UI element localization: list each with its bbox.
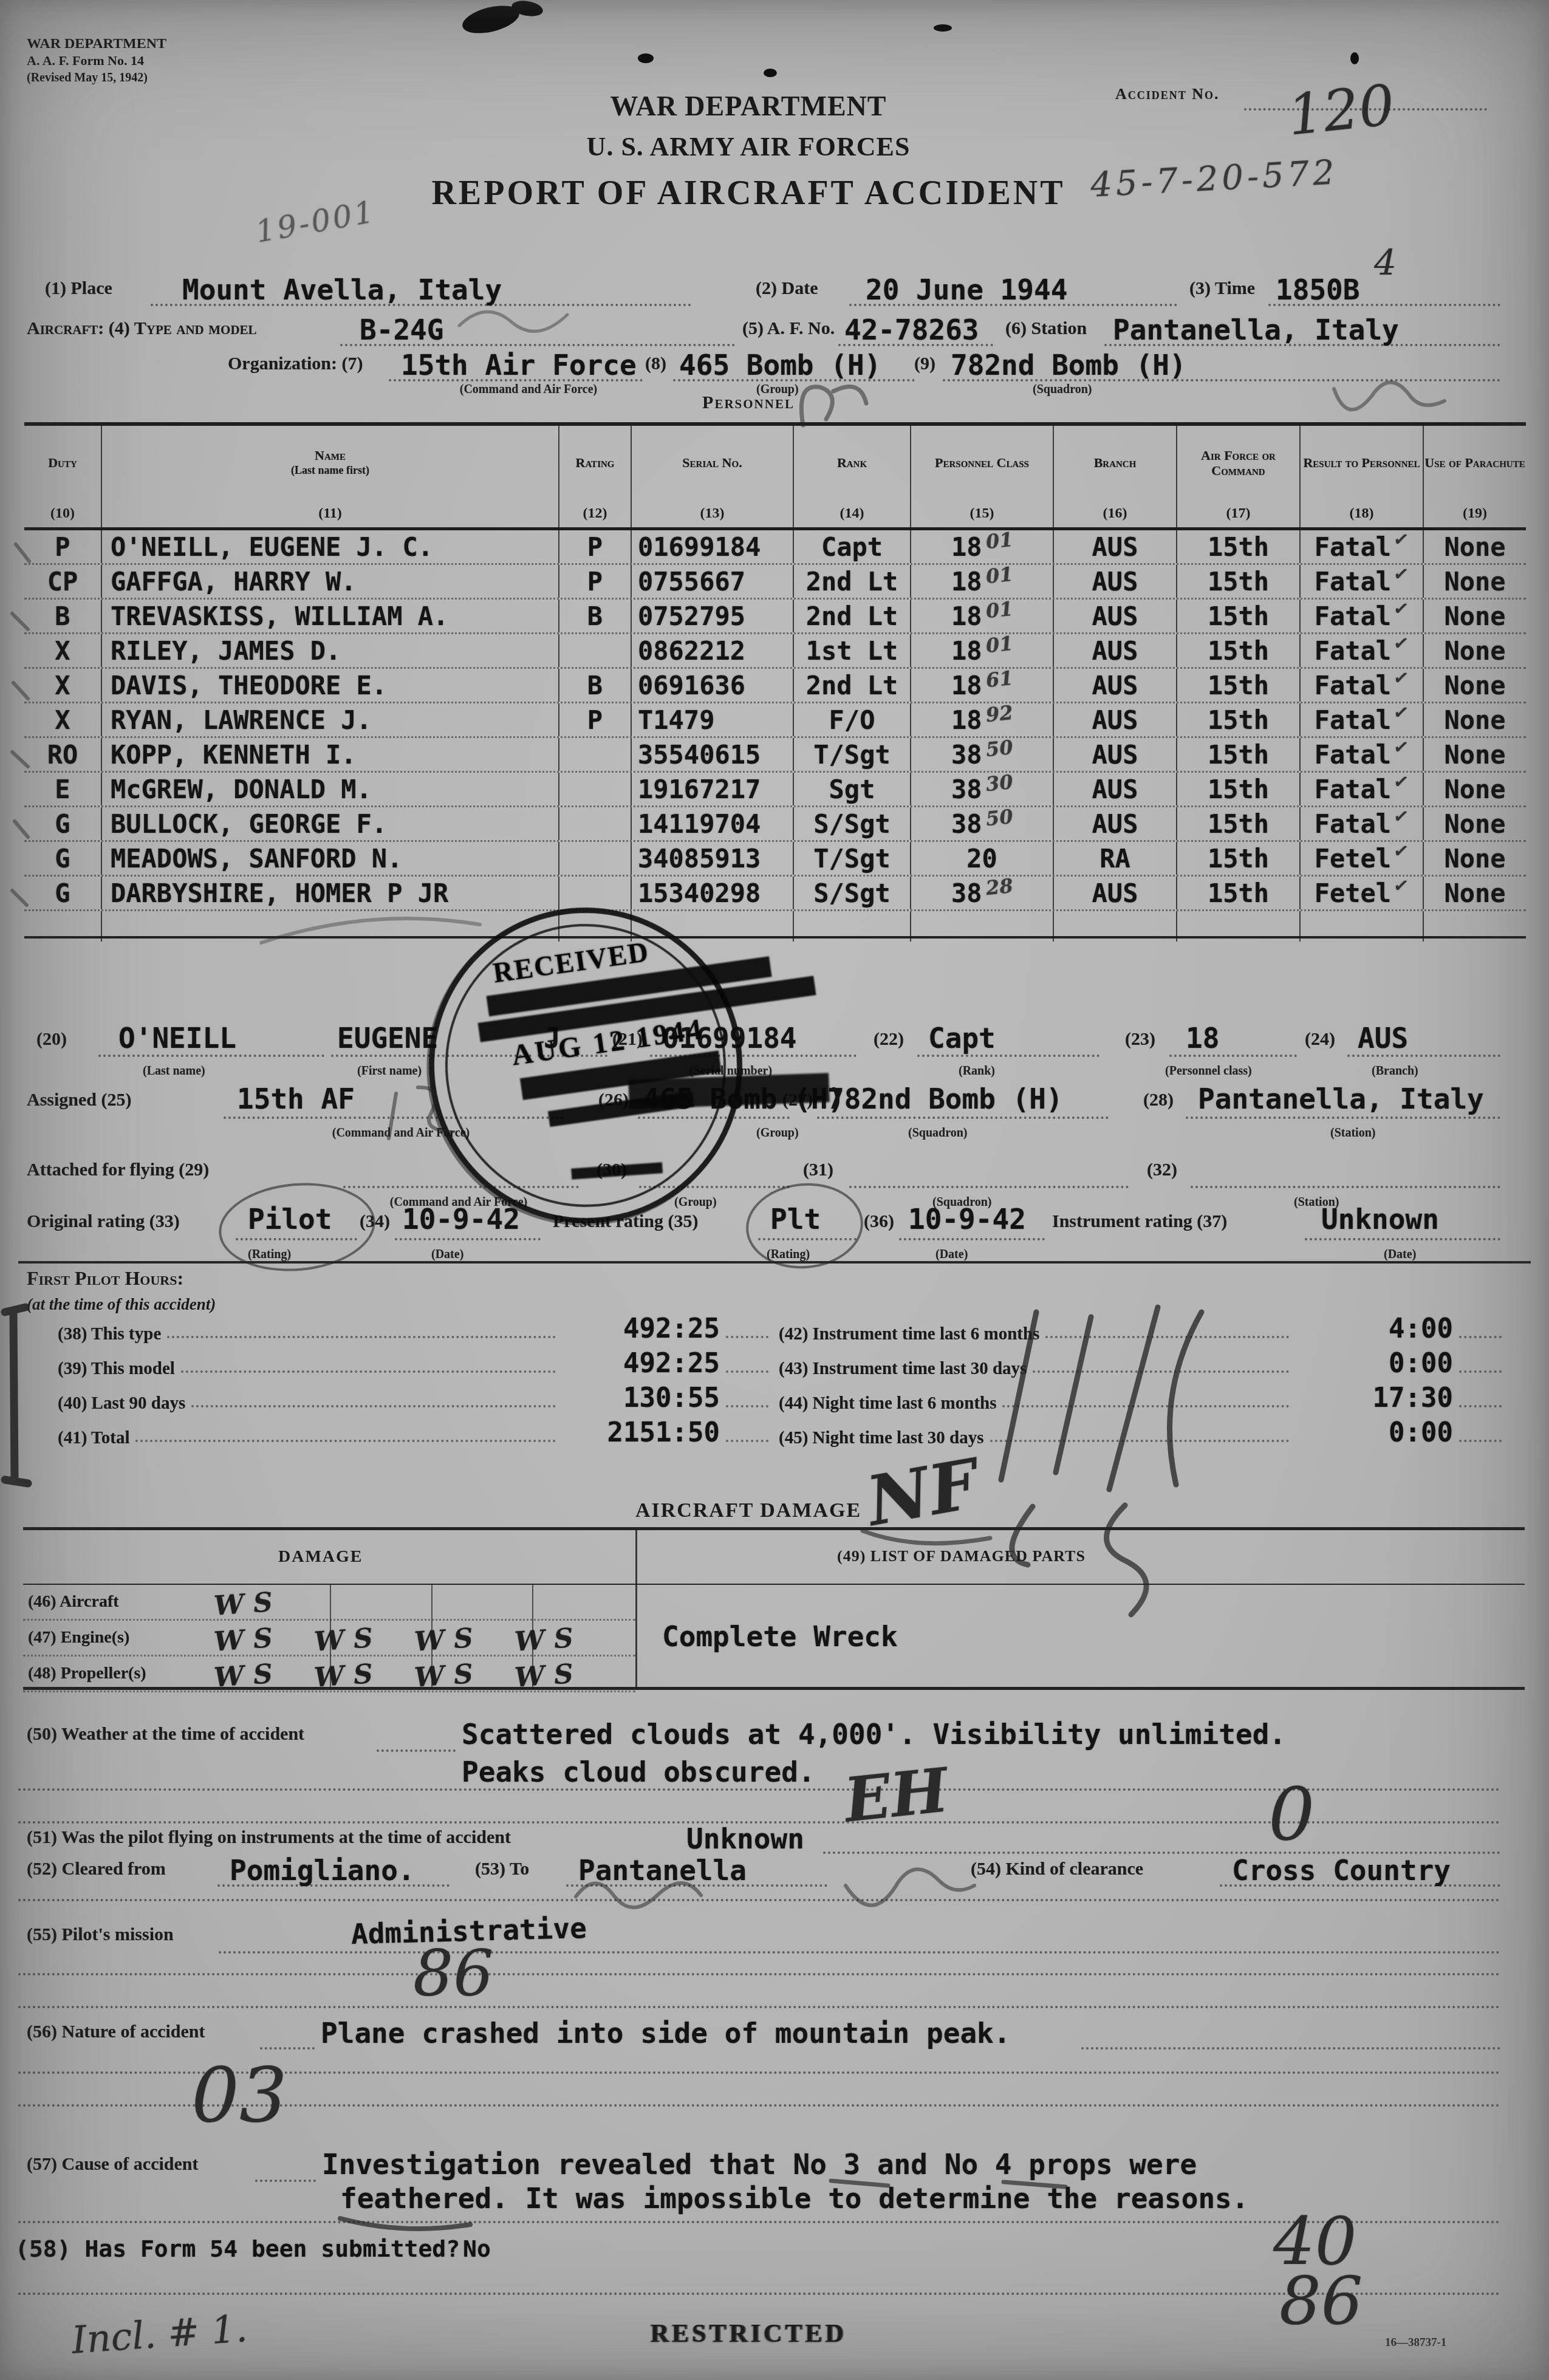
dotted-rule [899,1238,1045,1240]
check-mark-icon: ✓ [1392,770,1411,793]
stamp-received-text: RECEIVED [491,935,651,990]
result-cell: Fatal✓ [1301,807,1424,840]
command-cell: 15th [1177,877,1301,909]
hours-row-right: (43) Instrument time last 30 days0:00 [779,1348,1502,1383]
branch-cell: AUS [1054,807,1177,840]
accident-no-label: Accident No. [1115,85,1220,103]
item31-label: (31) [803,1160,833,1180]
damaged-parts-value: Complete Wreck [662,1620,898,1653]
aircraft-type-label: Aircraft: (4) Type and model [27,318,257,339]
duty-cell: E [24,773,102,805]
rating-cell [559,773,632,805]
dotted-rule [917,1055,1099,1057]
form-dept: WAR DEPARTMENT [27,35,166,52]
dotted-rule [18,2006,1500,2008]
squadron-num-label: (9) [914,354,935,374]
weather-label: (50) Weather at the time of accident [27,1724,304,1745]
damage-row: (48) Propeller(s)W SW SW SW S [23,1657,635,1692]
duty-cell: G [24,842,102,875]
damage-code-handwritten: W S [313,1653,415,1693]
weather-line2: Peaks cloud obscured. [462,1756,815,1788]
hours-value: 492:25 [562,1348,720,1379]
item28-label: (28) [1143,1090,1174,1110]
rank-cell: 2nd Lt [794,669,911,702]
branch-cell: AUS [1054,773,1177,805]
damage-table: DAMAGE (49) LIST OF DAMAGED PARTS (46) A… [23,1527,1525,1690]
hours-value: 4:00 [1295,1313,1453,1344]
personnel-table-body: PO'NEILL, EUGENE J. C.P01699184Capt1801A… [24,530,1526,942]
dotted-rule [255,2180,316,2182]
command-cell: 15th [1177,842,1301,875]
nature-of-accident-label: (56) Nature of accident [27,2022,205,2042]
rating-cell: P [559,565,632,598]
form-revision: (Revised May 15, 1942) [27,69,166,86]
name-cell: GAFFGA, HARRY W. [102,565,559,598]
class-cell: 1801 [911,565,1054,598]
hours-right-column: (42) Instrument time last 6 months4:00(4… [779,1313,1502,1452]
hours-value: 130:55 [562,1383,720,1414]
damage-col-header: DAMAGE [278,1547,363,1567]
station-value: Pantanella, Italy [1113,313,1399,346]
class-cell: 1801 [911,530,1054,563]
hours-row-right: (45) Night time last 30 days0:00 [779,1417,1502,1452]
date-sublabel: (Date) [1384,1248,1416,1262]
command-cell: 15th [1177,738,1301,771]
duty-cell: B [24,600,102,632]
serial-cell: 0691636 [632,669,794,702]
serial-cell: T1479 [632,703,794,736]
form-id-block: WAR DEPARTMENT A. A. F. Form No. 14 (Rev… [27,35,166,86]
personnel-row: XRYAN, LAWRENCE J.PT1479F/O1892AUS15thFa… [24,703,1526,738]
hours-row-left: (39) This model492:25 [58,1348,768,1383]
command-cell: 15th [1177,807,1301,840]
duty-cell: X [24,703,102,736]
personnel-row: XDAVIS, THEODORE E.B06916362nd Lt1861AUS… [24,669,1526,703]
damage-code-handwritten: W S [313,1617,415,1657]
rank-cell: 2nd Lt [794,565,911,598]
class-handwritten: 01 [985,528,1014,553]
damage-row: (46) AircraftW S [23,1585,635,1621]
cause-of-accident-label: (57) Cause of accident [27,2154,198,2175]
damage-code-handwritten: W S [213,1617,315,1657]
dotted-rule [219,1951,1500,1954]
weather-line1: Scattered clouds at 4,000'. Visibility u… [462,1718,1286,1751]
damage-rows: (46) AircraftW S(47) Engine(s)W SW SW SW… [23,1585,635,1692]
check-mark-icon: ✓ [1392,597,1411,620]
accident-no-handwritten: 120 [1285,72,1398,148]
dotted-rule [98,1055,324,1057]
name-cell: BULLOCK, GEORGE F. [102,807,559,840]
original-rating-label: Original rating (33) [27,1211,180,1232]
damage-code-handwritten: W S [213,1581,315,1621]
serial-cell: 0752795 [632,600,794,632]
name-cell: O'NEILL, EUGENE J. C. [102,530,559,563]
branch-sublabel: (Branch) [1372,1064,1418,1078]
first-name-sublabel: (First name) [357,1064,422,1078]
cleared-to-label: (53) To [475,1859,529,1879]
parachute-cell: None [1424,807,1526,840]
name-cell: DARBYSHIRE, HOMER P JR [102,877,559,909]
result-cell: Fatal✓ [1301,738,1424,771]
duty-cell: P [24,530,102,563]
dotted-rule [849,1186,1129,1188]
personnel-col-header: Branch(16) [1054,426,1177,527]
check-mark-icon: ✓ [1392,632,1411,655]
parachute-cell: None [1424,877,1526,909]
cleared-from-value: Pomigliano. [230,1854,415,1887]
personnel-row: PO'NEILL, EUGENE J. C.P01699184Capt1801A… [24,530,1526,565]
damage-code-handwritten: W S [413,1617,515,1657]
time-value: 1850B [1276,273,1359,306]
result-cell: Fatal✓ [1301,600,1424,632]
class-handwritten: 50 [985,736,1014,761]
dotted-rule [1186,1116,1500,1119]
hours-row-left: (38) This type492:25 [58,1313,768,1348]
q51-handwritten-mark: 0 [1268,1773,1315,1857]
group-num-label: (8) [645,354,666,374]
serial-cell: 19167217 [632,773,794,805]
branch-cell: AUS [1054,600,1177,632]
rating-cell: B [559,669,632,702]
serial-cell: 14119704 [632,807,794,840]
command-cell: 15th [1177,530,1301,563]
aircraft-model-value: B-24G [360,313,443,346]
personnel-row: GMEADOWS, SANFORD N.34085913T/Sgt20RA15t… [24,842,1526,877]
kind-of-clearance-label: (54) Kind of clearance [971,1859,1143,1879]
class-cell: 3828 [911,877,1054,909]
personnel-col-header: Duty(10) [24,426,102,527]
organization-group-value: 465 Bomb (H) [679,349,881,381]
pilot-personnel-class: 18 [1186,1022,1219,1055]
check-mark-icon: ✓ [1392,528,1411,551]
class-handwritten: 50 [985,805,1014,830]
hours-value: 0:00 [1295,1348,1453,1379]
stamp-overprint-bar [571,1162,663,1179]
rank-cell: F/O [794,703,911,736]
duty-cell: X [24,669,102,702]
class-cell: 3850 [911,738,1054,771]
class-cell: 1801 [911,634,1054,667]
name-cell: RYAN, LAWRENCE J. [102,703,559,736]
command-cell: 15th [1177,773,1301,805]
rating-cell: B [559,600,632,632]
personnel-section-title: Personnel [0,392,1497,413]
time-label: (3) Time [1189,278,1255,299]
pilot-rank: Capt [928,1022,996,1055]
dotted-rule [18,1899,1500,1901]
kind-of-clearance-value: Cross Country [1232,1854,1451,1887]
class-handwritten: 61 [985,666,1014,692]
organization-squadron-value: 782nd Bomb (H) [951,349,1186,381]
dotted-rule [1169,1055,1297,1057]
stamp-date-text: AUG 12 1944 [510,1013,706,1073]
result-cell: Fatal✓ [1301,773,1424,805]
check-mark-icon: ✓ [1392,666,1411,689]
cause-line2: feathered. It was impossible to determin… [340,2182,1249,2215]
attached-label: Attached for flying (29) [27,1160,209,1180]
present-rating-date: 10-9-42 [908,1203,1026,1236]
name-cell: MEADOWS, SANFORD N. [102,842,559,875]
item22-label: (22) [874,1029,904,1050]
print-code: 16—38737-1 [1385,2336,1446,2350]
duty-cell: X [24,634,102,667]
duty-cell: RO [24,738,102,771]
check-mark-icon: ✓ [1392,874,1411,897]
damage-row: (47) Engine(s)W SW SW SW S [23,1621,635,1657]
class-cell: 1861 [911,669,1054,702]
group-sublabel: (Group) [756,1126,799,1140]
check-mark-icon: ✓ [1392,805,1411,828]
item20-label: (20) [36,1029,67,1050]
parachute-cell: None [1424,842,1526,875]
parachute-cell: None [1424,773,1526,805]
cleared-from-label: (52) Cleared from [27,1859,166,1879]
personnel-col-header: Personnel Class(15) [911,426,1054,527]
pilot-last-name: O'NEILL [118,1022,236,1055]
branch-cell: AUS [1054,669,1177,702]
class-cell: 3850 [911,807,1054,840]
rating-sublabel: (Rating) [767,1248,810,1262]
pilot-branch: AUS [1358,1022,1408,1055]
weather-handwritten-initials: EH [841,1754,951,1836]
personnel-table: Duty(10)Name(Last name first)(11)Rating(… [24,422,1526,939]
rating-cell [559,842,632,875]
hours-value: 492:25 [562,1313,720,1344]
class-cell: 1801 [911,600,1054,632]
personnel-row: ROKOPP, KENNETH I.35540615T/Sgt3850AUS15… [24,738,1526,773]
rank-cell: T/Sgt [794,842,911,875]
nature-of-accident-value: Plane crashed into side of mountain peak… [321,2017,1010,2050]
personnel-empty-row [24,911,1526,942]
rank-cell: 2nd Lt [794,600,911,632]
branch-cell: AUS [1054,530,1177,563]
form54-answer: No [463,2235,491,2262]
command-cell: 15th [1177,703,1301,736]
form-number: A. A. F. Form No. 14 [27,52,166,69]
rank-cell: 1st Lt [794,634,911,667]
instrument-rating-value: Unknown [1321,1203,1439,1236]
parachute-cell: None [1424,703,1526,736]
command-cell: 15th [1177,600,1301,632]
rating-cell [559,634,632,667]
personnel-row: EMcGREW, DONALD M.19167217Sgt3830AUS15th… [24,773,1526,807]
rating-sublabel: (Rating) [248,1248,291,1262]
organization-command-value: 15th Air Force [401,349,637,381]
squadron-sublabel: (Squadron) [908,1126,967,1140]
class-cell: 3830 [911,773,1054,805]
name-cell: DAVIS, THEODORE E. [102,669,559,702]
assigned-command-value: 15th AF [237,1082,355,1115]
result-cell: Fetel✓ [1301,877,1424,909]
parachute-cell: None [1424,634,1526,667]
dotted-rule [377,1749,456,1752]
hours-row-right: (42) Instrument time last 6 months4:00 [779,1313,1502,1348]
serial-cell: 0755667 [632,565,794,598]
aircraft-damage-title: AIRCRAFT DAMAGE [0,1499,1497,1522]
page-title-dept: WAR DEPARTMENT [0,90,1497,122]
damage-code-handwritten: W S [213,1653,315,1693]
form54-question: (58) Has Form 54 been submitted? [15,2235,460,2262]
branch-cell: AUS [1054,634,1177,667]
command-cell: 15th [1177,634,1301,667]
dotted-rule [1191,1186,1500,1188]
class-cell: 20 [911,842,1054,875]
item23-label: (23) [1125,1029,1155,1050]
station-label: (6) Station [1005,318,1087,339]
assigned-station-value: Pantanella, Italy [1198,1082,1484,1115]
duty-cell: G [24,807,102,840]
hours-row-right: (44) Night time last 6 months17:30 [779,1383,1502,1417]
personnel-col-header: Result to Personnel(18) [1301,426,1424,527]
serial-cell: 01699184 [632,530,794,563]
dotted-rule [18,2104,1500,2107]
scanned-accident-report-page: WAR DEPARTMENT A. A. F. Form No. 14 (Rev… [0,0,1549,2380]
stamp-overprint-bar [486,956,771,1016]
personnel-class-sublabel: (Personnel class) [1165,1064,1252,1078]
date-sublabel: (Date) [935,1248,968,1262]
result-cell: Fetel✓ [1301,842,1424,875]
name-cell: McGREW, DONALD M. [102,773,559,805]
dotted-rule [18,1973,1500,1975]
result-cell: Fatal✓ [1301,634,1424,667]
dotted-rule [1347,1055,1500,1057]
cleared-to-value: Pantanella [578,1854,747,1887]
dotted-rule [18,2071,1500,2074]
parachute-cell: None [1424,530,1526,563]
station-sublabel: (Station) [1330,1126,1375,1140]
main-column-line [635,1530,637,1687]
parachute-cell: None [1424,669,1526,702]
rank-cell: T/Sgt [794,738,911,771]
date-value: 20 June 1944 [866,273,1067,306]
date-label: (2) Date [756,278,818,299]
branch-cell: AUS [1054,877,1177,909]
rank-cell: Sgt [794,773,911,805]
damage-code-handwritten: W S [513,1617,615,1657]
class-handwritten: 01 [985,632,1014,657]
name-cell: TREVASKISS, WILLIAM A. [102,600,559,632]
rank-cell: S/Sgt [794,877,911,909]
rating-cell [559,807,632,840]
personnel-col-header: Name(Last name first)(11) [102,426,559,527]
item32-label: (32) [1147,1160,1177,1180]
dotted-rule [817,1116,1109,1119]
personnel-row: BTREVASKISS, WILLIAM A.B07527952nd Lt180… [24,600,1526,634]
check-mark-icon: ✓ [1392,736,1411,759]
result-cell: Fatal✓ [1301,703,1424,736]
rank-cell: S/Sgt [794,807,911,840]
personnel-table-header: Duty(10)Name(Last name first)(11)Rating(… [24,426,1526,530]
name-cell: KOPP, KENNETH I. [102,738,559,771]
personnel-row: GDARBYSHIRE, HOMER P JR15340298S/Sgt3828… [24,877,1526,911]
class-handwritten: 01 [985,597,1014,623]
af-no-label: (5) A. F. No. [742,318,835,339]
duty-cell: CP [24,565,102,598]
dotted-rule [1305,1238,1500,1240]
first-pilot-hours-subtitle: (at the time of this accident) [27,1295,216,1314]
parachute-cell: None [1424,738,1526,771]
personnel-row: CPGAFFGA, HARRY W.P07556672nd Lt1801AUS1… [24,565,1526,600]
af-no-value: 42-78263 [844,313,979,346]
item34-label: (34) [360,1211,390,1232]
class-cell: 1892 [911,703,1054,736]
hours-row-left: (41) Total2151:50 [58,1417,768,1452]
check-mark-icon: ✓ [1392,839,1411,863]
command-cell: 15th [1177,565,1301,598]
rating-cell: P [559,530,632,563]
date-sublabel: (Date) [431,1248,463,1262]
personnel-col-header: Serial No.(13) [632,426,794,527]
q51-label: (51) Was the pilot flying on instruments… [27,1827,511,1848]
rating-cell [559,738,632,771]
damage-code-handwritten: W S [413,1653,515,1693]
damaged-parts-col-header: (49) LIST OF DAMAGED PARTS [837,1547,1086,1565]
personnel-row: GBULLOCK, GEORGE F.14119704S/Sgt3850AUS1… [24,807,1526,842]
time-handwritten-mark: 4 [1374,242,1397,283]
received-stamp: RECEIVED AUG 12 1944 [408,887,762,1244]
result-cell: Fatal✓ [1301,565,1424,598]
personnel-row: XRILEY, JAMES D.08622121st Lt1801AUS15th… [24,634,1526,669]
rank-sublabel: (Rank) [959,1064,995,1078]
hours-value: 0:00 [1295,1417,1453,1448]
assigned-squadron-value: 782nd Bomb (H) [827,1082,1063,1115]
restricted-classification: RESTRICTED [0,2319,1497,2348]
parachute-cell: None [1424,600,1526,632]
cause-line1: Investigation revealed that No 3 and No … [322,2148,1197,2181]
instrument-rating-label: Instrument rating (37) [1052,1211,1227,1232]
branch-cell: RA [1054,842,1177,875]
first-pilot-hours-title: First Pilot Hours: [27,1267,183,1290]
hours-value: 2151:50 [562,1417,720,1448]
name-cell: RILEY, JAMES D. [102,634,559,667]
parachute-cell: None [1424,565,1526,598]
assigned-label: Assigned (25) [27,1090,132,1110]
class-handwritten: 28 [985,874,1014,900]
rating-cell: P [559,703,632,736]
class-handwritten: 01 [985,563,1014,588]
last-name-sublabel: (Last name) [143,1064,205,1078]
organization-label: Organization: (7) [228,354,363,374]
q56-handwritten-number: 03 [191,2052,287,2139]
branch-cell: AUS [1054,738,1177,771]
hours-value: 17:30 [1295,1383,1453,1414]
branch-cell: AUS [1054,565,1177,598]
check-mark-icon: ✓ [1392,563,1411,586]
class-handwritten: 30 [985,770,1014,796]
dotted-rule [260,2047,315,2050]
personnel-col-header: Rating(12) [559,426,632,527]
personnel-col-header: Air Force or Command(17) [1177,426,1301,527]
damage-code-handwritten: W S [513,1653,615,1693]
item36-label: (36) [864,1211,894,1232]
dotted-rule [1081,2047,1500,2050]
result-cell: Fatal✓ [1301,530,1424,563]
branch-cell: AUS [1054,703,1177,736]
personnel-col-header: Rank(14) [794,426,911,527]
command-cell: 15th [1177,669,1301,702]
serial-cell: 34085913 [632,842,794,875]
hours-row-left: (40) Last 90 days130:55 [58,1383,768,1417]
dotted-rule [18,2293,1500,2295]
place-value: Mount Avella, Italy [182,273,502,306]
serial-cell: 0862212 [632,634,794,667]
pilot-mission-label: (55) Pilot's mission [27,1924,174,1945]
duty-cell: G [24,877,102,909]
rank-cell: Capt [794,530,911,563]
item24-label: (24) [1305,1029,1335,1050]
check-mark-icon: ✓ [1392,701,1411,724]
class-handwritten: 92 [985,701,1014,727]
